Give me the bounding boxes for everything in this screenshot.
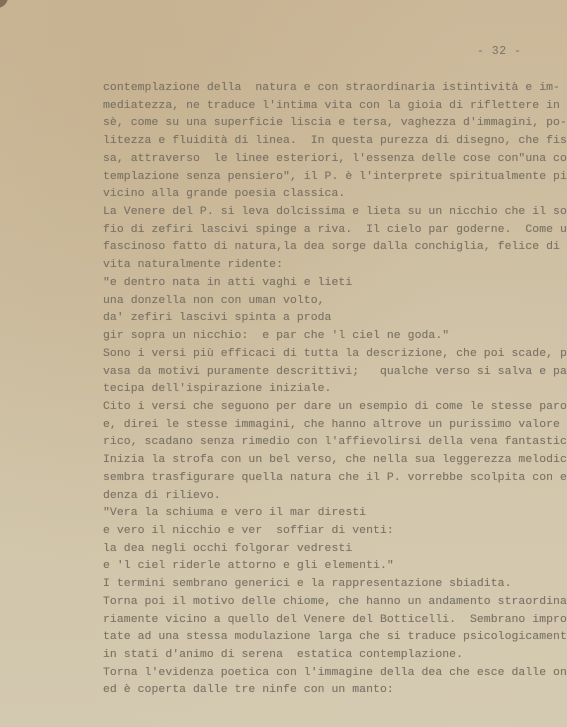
text-line: vita naturalmente ridente: — [103, 256, 563, 274]
verse-line: gir sopra un nicchio: e par che 'l ciel … — [103, 327, 563, 345]
text-line: tecipa dell'ispirazione iniziale. — [103, 380, 563, 398]
text-line: templazione senza pensiero", il P. è l'i… — [103, 168, 563, 186]
text-line: Torna l'evidenza poetica con l'immagine … — [103, 664, 563, 682]
verse-line: e vero il nicchio e ver soffiar di venti… — [103, 522, 563, 540]
text-line: sembra trasfigurare quella natura che il… — [103, 469, 563, 487]
typewritten-page: - 32 - contemplazione della natura e con… — [0, 0, 567, 727]
text-line: Sono i versi più efficaci di tutta la de… — [103, 345, 563, 363]
verse-line: da' zefiri lascivi spinta a proda — [103, 309, 563, 327]
body-text: contemplazione della natura e con straor… — [103, 79, 563, 699]
verse-line: e 'l ciel riderle attorno e gli elementi… — [103, 557, 563, 575]
page-number: - 32 - — [477, 45, 521, 58]
text-line: Cito i versi che seguono per dare un ese… — [103, 398, 563, 416]
text-line: fio di zefiri lascivi spinge a riva. Il … — [103, 221, 563, 239]
text-line: rico, scadano senza rimedio con l'affiev… — [103, 433, 563, 451]
text-line: mediatezza, ne traduce l'intima vita con… — [103, 97, 563, 115]
text-line: sè, come su una superficie liscia e ters… — [103, 114, 563, 132]
text-line: vasa da motivi puramente descrittivi; qu… — [103, 363, 563, 381]
text-line: fascinoso fatto di natura,la dea sorge d… — [103, 238, 563, 256]
text-line: litezza e fluidità di linea. In questa p… — [103, 132, 563, 150]
text-line: riamente vicino a quello del Venere del … — [103, 611, 563, 629]
text-line: ed è coperta dalle tre ninfe con un mant… — [103, 681, 563, 699]
verse-line: una donzella non con uman volto, — [103, 292, 563, 310]
text-line: denza di rilievo. — [103, 487, 563, 505]
text-line: tate ad una stessa modulazione larga che… — [103, 628, 563, 646]
text-line: in stati d'animo di serena estatica cont… — [103, 646, 563, 664]
text-line: Inizia la strofa con un bel verso, che n… — [103, 451, 563, 469]
verse-line: "e dentro nata in atti vaghi e lieti — [103, 274, 563, 292]
text-line: e, direi le stesse immagini, che hanno a… — [103, 416, 563, 434]
verse-line: "Vera la schiuma e vero il mar diresti — [103, 504, 563, 522]
text-line: Torna poi il motivo delle chiome, che ha… — [103, 593, 563, 611]
text-line: sa, attraverso le linee esteriori, l'ess… — [103, 150, 563, 168]
text-line: I termini sembrano generici e la rappres… — [103, 575, 563, 593]
text-line: contemplazione della natura e con straor… — [103, 79, 563, 97]
page-corner-shadow — [0, 0, 8, 8]
verse-line: la dea negli occhi folgorar vedresti — [103, 540, 563, 558]
text-line: La Venere del P. si leva dolcissima e li… — [103, 203, 563, 221]
text-line: vicino alla grande poesia classica. — [103, 185, 563, 203]
